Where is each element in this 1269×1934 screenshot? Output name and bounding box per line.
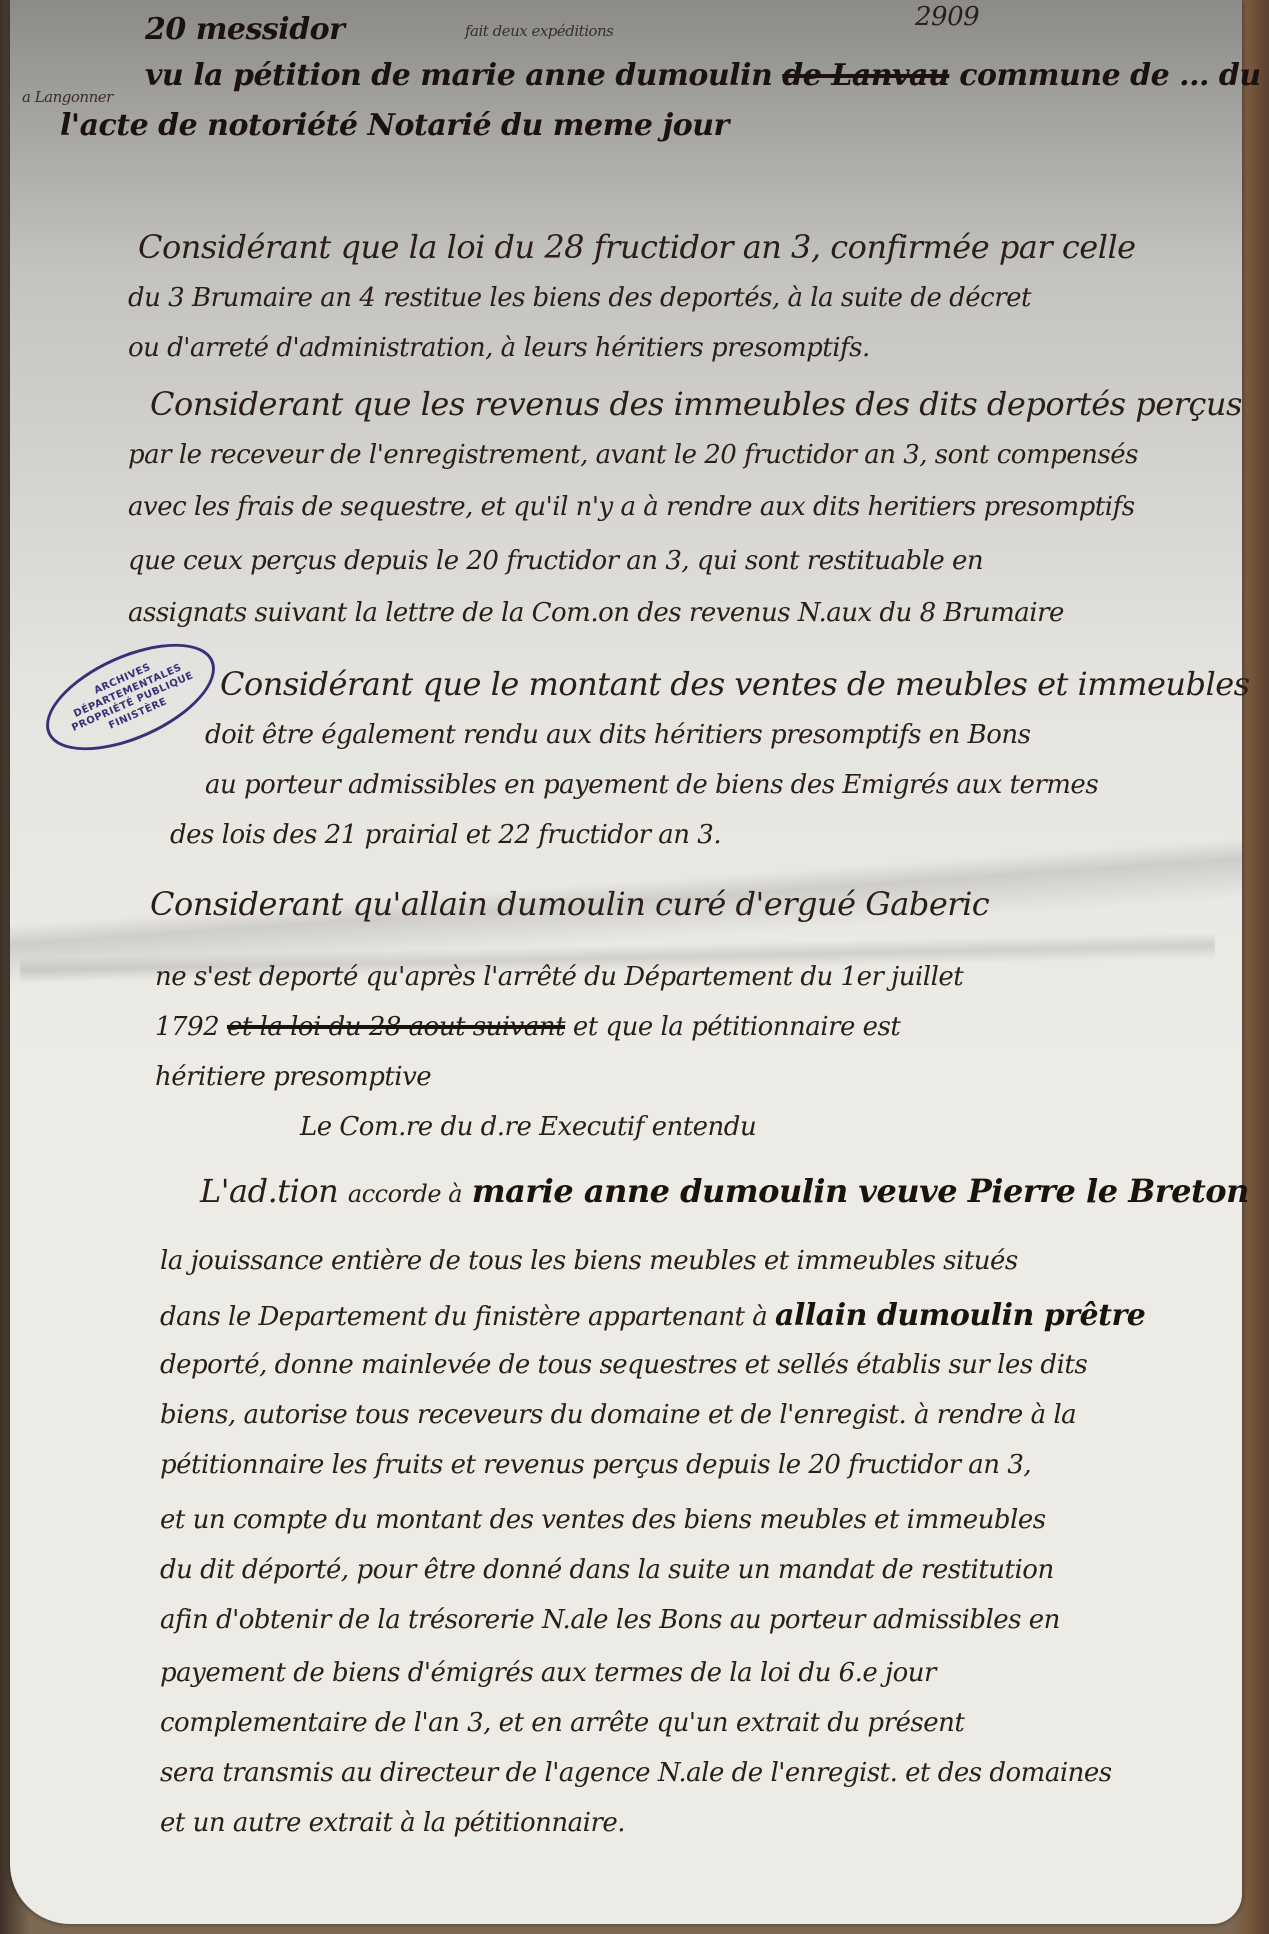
header-line-1-prefix: vu la pétition de marie anne dumoulin <box>145 58 772 93</box>
decision-line3: deporté, donne mainlevée de tous sequest… <box>160 1350 1087 1380</box>
para1-line1: Considérant que la loi du 28 fructidor a… <box>138 228 1136 266</box>
para3-line2: doit être également rendu aux dits hérit… <box>205 720 1030 750</box>
para3-line1: Considérant que le montant des ventes de… <box>220 665 1250 703</box>
para2-line3: avec les frais de sequestre, et qu'il n'… <box>128 492 1135 522</box>
decision-line7: du dit déporté, pour être donné dans la … <box>160 1555 1054 1585</box>
header-date: 20 messidor <box>145 12 345 47</box>
para4-line1: Considerant qu'allain dumoulin curé d'er… <box>150 885 989 923</box>
decision-line12: et un autre extrait à la pétitionnaire. <box>160 1808 625 1838</box>
decision-line6: et un compte du montant des ventes des b… <box>160 1505 1046 1535</box>
decision-line8: afin d'obtenir de la trésorerie N.ale le… <box>160 1605 1060 1635</box>
para2-line4: que ceux perçus depuis le 20 fructidor a… <box>128 546 983 576</box>
decision-line10: complementaire de l'an 3, et en arrête q… <box>160 1708 964 1738</box>
para5-line1: ne s'est deporté qu'après l'arrêté du Dé… <box>155 962 963 992</box>
para5-line3: héritiere presomptive <box>155 1062 431 1092</box>
decision-line4: biens, autorise tous receveurs du domain… <box>160 1400 1076 1430</box>
header-line-1-struck: de Lanvau <box>782 58 949 93</box>
para5-continuation: et que la pétitionnaire est <box>573 1012 901 1042</box>
decision-heard: Le Com.re du d.re Executif entendu <box>300 1112 756 1142</box>
decision-line5: pétitionnaire les fruits et revenus perç… <box>160 1450 1031 1480</box>
header-line-1-suffix: commune de ... du 19 <box>959 58 1269 93</box>
para1-line2: du 3 Brumaire an 4 restitue les biens de… <box>128 283 1031 313</box>
para2-line1: Considerant que les revenus des immeuble… <box>150 385 1242 423</box>
decision-opening: L'ad.tion <box>200 1172 338 1210</box>
para5-year: 1792 <box>155 1012 219 1042</box>
para3-line3: au porteur admissibles en payement de bi… <box>205 770 1098 800</box>
header-line-2: l'acte de notoriété Notarié du meme jour <box>60 108 729 143</box>
decision-beneficiary: marie anne dumoulin veuve Pierre le Bret… <box>472 1172 1249 1210</box>
decision-line2-text: dans le Departement du finistère apparte… <box>160 1302 767 1332</box>
decision-line11: sera transmis au directeur de l'agence N… <box>160 1758 1112 1788</box>
decision-line1: la jouissance entière de tous les biens … <box>160 1246 1018 1276</box>
decision-line9: payement de biens d'émigrés aux termes d… <box>160 1658 936 1688</box>
para1-line3: ou d'arreté d'administration, à leurs hé… <box>128 333 870 363</box>
decision-opening-line: L'ad.tion accorde à marie anne dumoulin … <box>200 1172 1249 1210</box>
para5-struck-text: et la loi du 28 aout suivant <box>227 1012 565 1042</box>
decision-deportee-name: allain dumoulin prêtre <box>775 1298 1145 1333</box>
manuscript-page: 20 messidor fait deux expéditions 2909 a… <box>10 0 1242 1924</box>
header-expeditions-note: fait deux expéditions <box>465 22 613 40</box>
folio-number: 2909 <box>915 2 979 32</box>
margin-note: a Langonner <box>22 88 113 106</box>
para2-line5: assignats suivant la lettre de la Com.on… <box>128 598 1064 628</box>
archives-stamp: ARCHIVES DÉPARTEMENTALES PROPRIÉTÉ PUBLI… <box>31 622 231 772</box>
para5-line2: 1792 et la loi du 28 aout suivant et que… <box>155 1012 900 1042</box>
para2-line2: par le receveur de l'enregistrement, ava… <box>128 440 1138 470</box>
decision-grant: accorde à <box>348 1180 462 1208</box>
header-line-1: vu la pétition de marie anne dumoulin de… <box>145 58 1269 93</box>
decision-line2: dans le Departement du finistère apparte… <box>160 1298 1145 1333</box>
para3-line4: des lois des 21 prairial et 22 fructidor… <box>170 820 721 850</box>
